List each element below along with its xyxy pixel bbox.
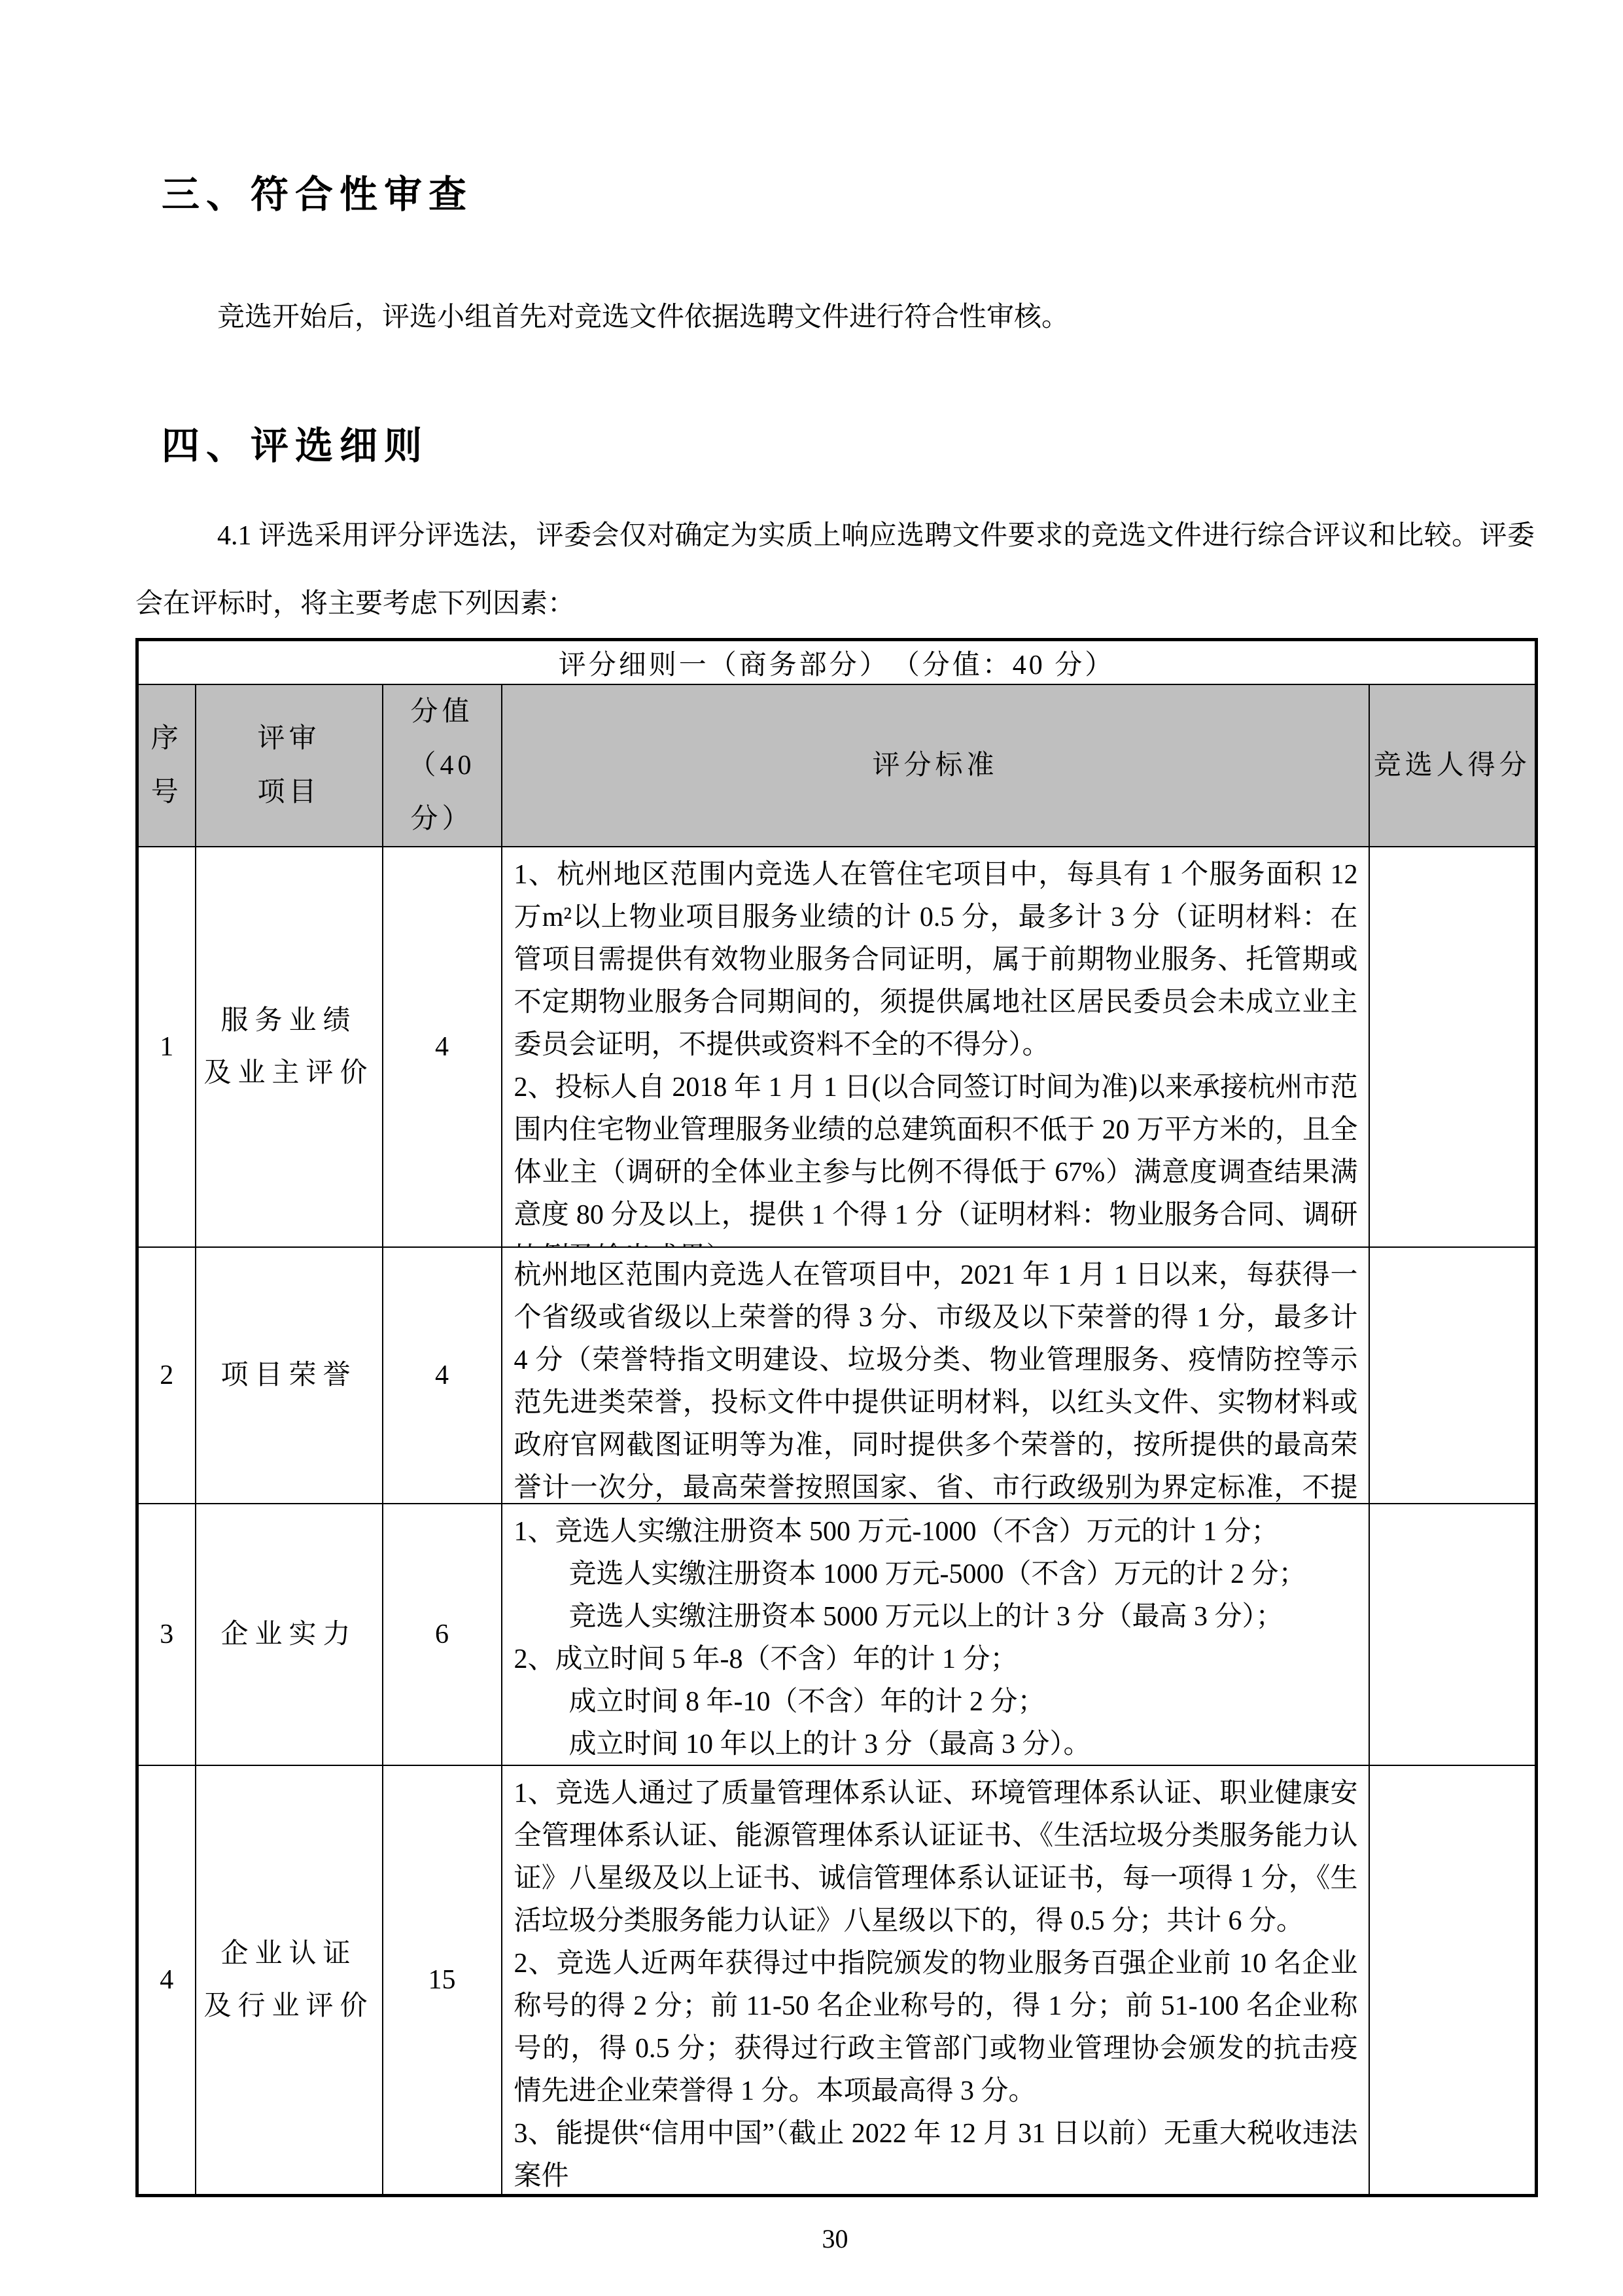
col-header-item: 评审 项目 [196, 684, 383, 847]
cell-score: 4 [383, 847, 502, 1247]
section-heading-selection-rules: 四、评选细则 [162, 417, 1535, 476]
compliance-review-paragraph: 竞选开始后，评选小组首先对竞选文件依据选聘文件进行符合性审核。 [135, 283, 1535, 351]
col-header-score: 分值 （40 分） [383, 684, 502, 847]
cell-item: 服务业绩 及业主评价 [196, 847, 383, 1247]
cell-bidder-score [1369, 1504, 1537, 1765]
cell-criteria: 杭州地区范围内竞选人在管项目中，2021 年 1 月 1 日以来，每获得一个省级… [502, 1247, 1369, 1504]
cell-score: 6 [383, 1504, 502, 1765]
page-content: 三、符合性审查 竞选开始后，评选小组首先对竞选文件依据选聘文件进行符合性审核。 … [0, 0, 1623, 2254]
criteria-text: 1、竞选人实缴注册资本 500 万元-1000（不含）万元的计 1 分； 竞选人… [502, 1504, 1369, 1765]
table-title-row: 评分细则一（商务部分） （分值：40 分） [137, 640, 1537, 685]
cell-score: 4 [383, 1247, 502, 1504]
document-page: 三、符合性审查 竞选开始后，评选小组首先对竞选文件依据选聘文件进行符合性审核。 … [0, 0, 1623, 2296]
cell-score: 15 [383, 1765, 502, 2196]
cell-criteria: 1、竞选人通过了质量管理体系认证、环境管理体系认证、职业健康安全管理体系认证、能… [502, 1765, 1369, 2196]
section-heading-compliance-review: 三、符合性审查 [162, 166, 1535, 224]
table-header-row: 序 号 评审 项目 分值 （40 分） 评分标准 竞选人得分 [137, 684, 1537, 847]
col-header-criteria: 评分标准 [502, 684, 1369, 847]
cell-bidder-score [1369, 1247, 1537, 1504]
scoring-table: 评分细则一（商务部分） （分值：40 分） 序 号 评审 项目 分值 （40 分… [135, 638, 1538, 2197]
table-row: 4 企业认证 及行业评价 15 1、竞选人通过了质量管理体系认证、环境管理体系认… [137, 1765, 1537, 2196]
selection-rules-paragraph: 4.1 评选采用评分评选法，评委会仅对确定为实质上响应选聘文件要求的竞选文件进行… [135, 502, 1535, 638]
page-number: 30 [135, 2223, 1535, 2254]
criteria-text: 杭州地区范围内竞选人在管项目中，2021 年 1 月 1 日以来，每获得一个省级… [502, 1248, 1369, 1503]
cell-criteria: 1、杭州地区范围内竞选人在管住宅项目中，每具有 1 个服务面积 12 万m²以上… [502, 847, 1369, 1247]
criteria-text: 1、竞选人通过了质量管理体系认证、环境管理体系认证、职业健康安全管理体系认证、能… [502, 1766, 1369, 2194]
cell-item: 项目荣誉 [196, 1247, 383, 1504]
table-row: 1 服务业绩 及业主评价 4 1、杭州地区范围内竞选人在管住宅项目中，每具有 1… [137, 847, 1537, 1247]
criteria-text: 1、杭州地区范围内竞选人在管住宅项目中，每具有 1 个服务面积 12 万m²以上… [502, 847, 1369, 1246]
col-header-bidder-score: 竞选人得分 [1369, 684, 1537, 847]
cell-index: 4 [137, 1765, 196, 2196]
table-title: 评分细则一（商务部分） （分值：40 分） [137, 640, 1537, 685]
cell-index: 2 [137, 1247, 196, 1504]
cell-item: 企业认证 及行业评价 [196, 1765, 383, 2196]
table-row: 3 企业实力 6 1、竞选人实缴注册资本 500 万元-1000（不含）万元的计… [137, 1504, 1537, 1765]
cell-criteria: 1、竞选人实缴注册资本 500 万元-1000（不含）万元的计 1 分； 竞选人… [502, 1504, 1369, 1765]
table-row: 2 项目荣誉 4 杭州地区范围内竞选人在管项目中，2021 年 1 月 1 日以… [137, 1247, 1537, 1504]
cell-index: 3 [137, 1504, 196, 1765]
col-header-index: 序 号 [137, 684, 196, 847]
cell-index: 1 [137, 847, 196, 1247]
cell-bidder-score [1369, 847, 1537, 1247]
cell-item: 企业实力 [196, 1504, 383, 1765]
cell-bidder-score [1369, 1765, 1537, 2196]
